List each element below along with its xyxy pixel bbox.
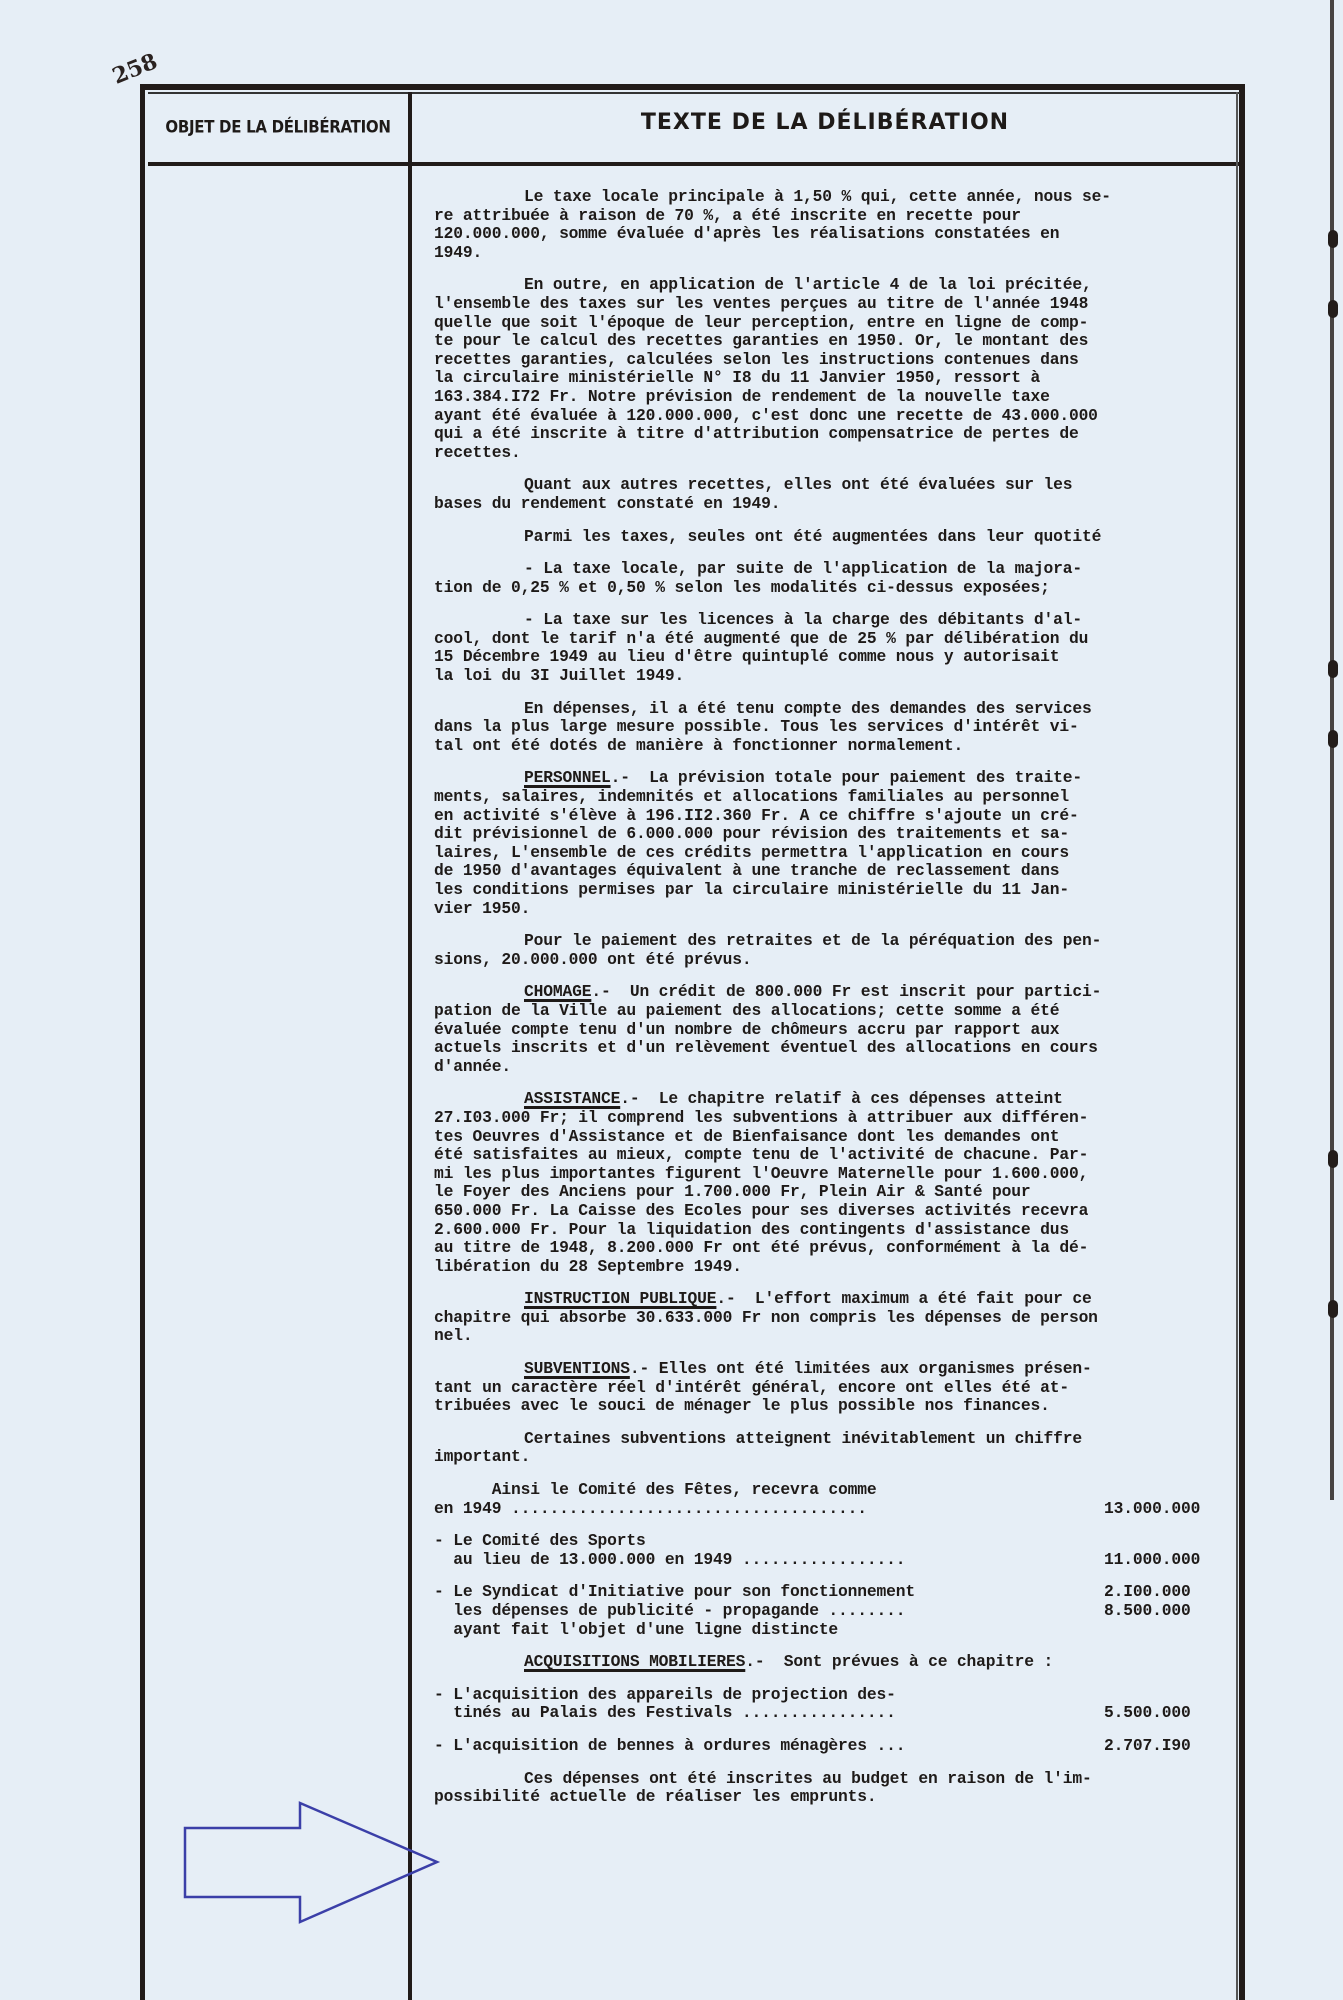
- text-line: tion de 0,25 % et 0,50 % selon les modal…: [434, 579, 1264, 598]
- text-line: Parmi les taxes, seules ont été augmenté…: [434, 528, 1264, 547]
- paragraph: INSTRUCTION PUBLIQUE.- L'effort maximum …: [434, 1290, 1264, 1346]
- binding-stitch: [1328, 730, 1338, 748]
- closing-paragraph: Ces dépenses ont été inscrites au budget…: [434, 1770, 1264, 1807]
- text-line: 2.600.000 Fr. Pour la liquidation des co…: [434, 1221, 1264, 1240]
- subvention-line: - Le Comité des Sports: [434, 1532, 1264, 1551]
- text-line: 27.I03.000 Fr; il comprend les subventio…: [434, 1109, 1264, 1128]
- paragraph: Parmi les taxes, seules ont été augmenté…: [434, 528, 1264, 547]
- acquisition-line: tinés au Palais des Festivals ..........…: [434, 1704, 1264, 1723]
- frame-inner-rule: [148, 92, 1240, 94]
- text-line: tribuées avec le souci de ménager le plu…: [434, 1397, 1264, 1416]
- subvention-line: au lieu de 13.000.000 en 1949 ..........…: [434, 1551, 1264, 1570]
- section-heading: SUBVENTIONS: [524, 1359, 630, 1378]
- text-line: pation de la Ville au paiement des alloc…: [434, 1002, 1264, 1021]
- text-line: actuels inscrits et d'un relèvement éven…: [434, 1039, 1264, 1058]
- text-line: nel.: [434, 1327, 1264, 1346]
- text-line: 163.384.I72 Fr. Notre prévision de rende…: [434, 388, 1264, 407]
- binding-stitch: [1328, 1300, 1338, 1318]
- text-line: PERSONNEL.- La prévision totale pour pai…: [434, 769, 1264, 788]
- section-heading: INSTRUCTION PUBLIQUE: [524, 1289, 716, 1308]
- header-rule: [148, 162, 1240, 166]
- text-line: évaluée compte tenu d'un nombre de chôme…: [434, 1021, 1264, 1040]
- paragraph: En dépenses, il a été tenu compte des de…: [434, 700, 1264, 756]
- text-line: quelle que soit l'époque de leur percept…: [434, 314, 1264, 333]
- text-line: tant un caractère réel d'intérêt général…: [434, 1379, 1264, 1398]
- subvention-item: - Le Syndicat d'Initiative pour son fonc…: [434, 1583, 1264, 1639]
- binding-stitch: [1328, 230, 1338, 248]
- text-line: tal ont été dotés de manière à fonctionn…: [434, 737, 1264, 756]
- text-line: Ces dépenses ont été inscrites au budget…: [434, 1770, 1264, 1789]
- amount-value: 5.500.000: [1104, 1704, 1191, 1723]
- section-heading: PERSONNEL: [524, 768, 611, 787]
- subvention-line: Ainsi le Comité des Fêtes, recevra comme: [434, 1481, 1264, 1500]
- acquisitions-heading-line: ACQUISITIONS MOBILIERES.- Sont prévues à…: [434, 1653, 1264, 1672]
- text-line: ayant été évaluée à 120.000.000, c'est d…: [434, 407, 1264, 426]
- text-line: cool, dont le tarif n'a été augmenté que…: [434, 630, 1264, 649]
- text-line: re attribuée à raison de 70 %, a été ins…: [434, 207, 1264, 226]
- text-line: vier 1950.: [434, 900, 1264, 919]
- text-line: laires, L'ensemble de ces crédits permet…: [434, 844, 1264, 863]
- arrow-pointer-icon: [182, 1800, 442, 1930]
- text-line: CHOMAGE.- Un crédit de 800.000 Fr est in…: [434, 983, 1264, 1002]
- text-line: Quant aux autres recettes, elles ont été…: [434, 476, 1264, 495]
- paragraph: SUBVENTIONS.- Elles ont été limitées aux…: [434, 1360, 1264, 1416]
- text-line: recettes.: [434, 444, 1264, 463]
- text-line: possibilité actuelle de réaliser les emp…: [434, 1788, 1264, 1807]
- section-heading: ACQUISITIONS MOBILIERES: [524, 1652, 745, 1671]
- text-line: SUBVENTIONS.- Elles ont été limitées aux…: [434, 1360, 1264, 1379]
- paragraph: PERSONNEL.- La prévision totale pour pai…: [434, 769, 1264, 918]
- paragraph: En outre, en application de l'article 4 …: [434, 276, 1264, 462]
- paragraph: Certaines subventions atteignent inévita…: [434, 1430, 1264, 1467]
- text-line: tes Oeuvres d'Assistance et de Bienfaisa…: [434, 1128, 1264, 1147]
- acquisition-line: - L'acquisition des appareils de project…: [434, 1686, 1264, 1705]
- text-line: - La taxe sur les licences à la charge d…: [434, 611, 1264, 630]
- paragraph: - La taxe sur les licences à la charge d…: [434, 611, 1264, 685]
- subvention-line: en 1949 ................................…: [434, 1500, 1264, 1519]
- paragraph: Quant aux autres recettes, elles ont été…: [434, 476, 1264, 513]
- text-line: - La taxe locale, par suite de l'applica…: [434, 560, 1264, 579]
- subvention-item: Ainsi le Comité des Fêtes, recevra comme…: [434, 1481, 1264, 1518]
- text-line: la loi du 3I Juillet 1949.: [434, 667, 1264, 686]
- binding-stitch: [1328, 660, 1338, 678]
- text-line: bases du rendement constaté en 1949.: [434, 495, 1264, 514]
- text-line: qui a été inscrite à titre d'attribution…: [434, 425, 1264, 444]
- amount-value: 8.500.000: [1104, 1602, 1191, 1621]
- text-line: libération du 28 Septembre 1949.: [434, 1258, 1264, 1277]
- text-line: En dépenses, il a été tenu compte des de…: [434, 700, 1264, 719]
- text-line: 1949.: [434, 244, 1264, 263]
- subvention-item: - Le Comité des Sports au lieu de 13.000…: [434, 1532, 1264, 1569]
- text-line: d'année.: [434, 1058, 1264, 1077]
- text-line: important.: [434, 1448, 1264, 1467]
- acquisition-item: - L'acquisition de bennes à ordures ména…: [434, 1737, 1264, 1756]
- paragraph: - La taxe locale, par suite de l'applica…: [434, 560, 1264, 597]
- text-line: recettes garanties, calculées selon les …: [434, 351, 1264, 370]
- section-heading: ASSISTANCE: [524, 1089, 620, 1108]
- deliberation-text: Le taxe locale principale à 1,50 % qui, …: [434, 188, 1264, 1821]
- acquisition-line: - L'acquisition de bennes à ordures ména…: [434, 1737, 1264, 1756]
- text-line: te pour le calcul des recettes garanties…: [434, 332, 1264, 351]
- text-line: Pour le paiement des retraites et de la …: [434, 932, 1264, 951]
- text-line: dans la plus large mesure possible. Tous…: [434, 718, 1264, 737]
- text-line: Certaines subventions atteignent inévita…: [434, 1430, 1264, 1449]
- text-line: 15 Décembre 1949 au lieu d'être quintupl…: [434, 648, 1264, 667]
- paragraph: Le taxe locale principale à 1,50 % qui, …: [434, 188, 1264, 262]
- column-header-objet: OBJET DE LA DÉLIBÉRATION: [150, 117, 406, 137]
- text-line: de 1950 d'avantages équivalent à une tra…: [434, 862, 1264, 881]
- binding-stitch: [1328, 300, 1338, 318]
- column-header-texte: TEXTE DE LA DÉLIBÉRATION: [414, 110, 1236, 135]
- subvention-line: - Le Syndicat d'Initiative pour son fonc…: [434, 1583, 1264, 1602]
- text-line: en activité s'élève à 196.II2.360 Fr. A …: [434, 807, 1264, 826]
- paragraph: ASSISTANCE.- Le chapitre relatif à ces d…: [434, 1090, 1264, 1276]
- acquisition-item: - L'acquisition des appareils de project…: [434, 1686, 1264, 1723]
- text-line: chapitre qui absorbe 30.633.000 Fr non c…: [434, 1309, 1264, 1328]
- page-binding-edge: [1330, 0, 1334, 1500]
- text-line: 650.000 Fr. La Caisse des Ecoles pour se…: [434, 1202, 1264, 1221]
- amount-value: 13.000.000: [1104, 1500, 1200, 1519]
- text-line: été satisfaites au mieux, compte tenu de…: [434, 1146, 1264, 1165]
- paragraph: Pour le paiement des retraites et de la …: [434, 932, 1264, 969]
- subvention-line: les dépenses de publicité - propagande .…: [434, 1602, 1264, 1621]
- text-line: dit prévisionnel de 6.000.000 pour révis…: [434, 825, 1264, 844]
- amount-value: 11.000.000: [1104, 1551, 1200, 1570]
- text-line: l'ensemble des taxes sur les ventes perç…: [434, 295, 1264, 314]
- text-line: 120.000.000, somme évaluée d'après les r…: [434, 225, 1264, 244]
- text-line: INSTRUCTION PUBLIQUE.- L'effort maximum …: [434, 1290, 1264, 1309]
- binding-stitch: [1328, 1150, 1338, 1168]
- text-line: sions, 20.000.000 ont été prévus.: [434, 951, 1264, 970]
- section-heading: CHOMAGE: [524, 982, 591, 1001]
- amount-value: 2.I00.000: [1104, 1583, 1191, 1602]
- text-line: ACQUISITIONS MOBILIERES.- Sont prévues à…: [434, 1653, 1264, 1672]
- text-line: En outre, en application de l'article 4 …: [434, 276, 1264, 295]
- text-line: le Foyer des Anciens pour 1.700.000 Fr, …: [434, 1183, 1264, 1202]
- text-line: au titre de 1948, 8.200.000 Fr ont été p…: [434, 1239, 1264, 1258]
- column-separator: [408, 92, 412, 2000]
- text-line: mi les plus importantes figurent l'Oeuvr…: [434, 1165, 1264, 1184]
- text-line: ments, salaires, indemnités et allocatio…: [434, 788, 1264, 807]
- text-line: la circulaire ministérielle N° I8 du 11 …: [434, 369, 1264, 388]
- subvention-line: ayant fait l'objet d'une ligne distincte: [434, 1621, 1264, 1640]
- paragraph: CHOMAGE.- Un crédit de 800.000 Fr est in…: [434, 983, 1264, 1076]
- amount-value: 2.707.I90: [1104, 1737, 1191, 1756]
- text-line: ASSISTANCE.- Le chapitre relatif à ces d…: [434, 1090, 1264, 1109]
- text-line: Le taxe locale principale à 1,50 % qui, …: [434, 188, 1264, 207]
- text-line: les conditions permises par la circulair…: [434, 881, 1264, 900]
